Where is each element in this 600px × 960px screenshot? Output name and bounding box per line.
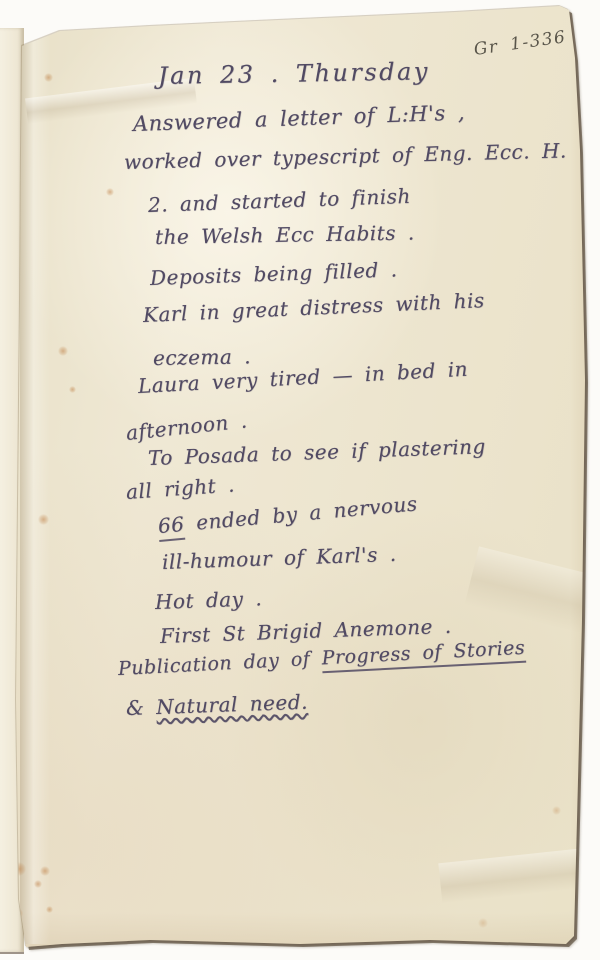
foxing-spot: [46, 906, 53, 913]
foxing-spot: [3, 564, 12, 573]
foxing-spot: [38, 514, 49, 525]
diary-line: 2. and started to finish: [148, 184, 412, 217]
foxing-spot: [12, 862, 26, 876]
foxing-spot: [40, 866, 50, 876]
foxing-spot: [552, 806, 561, 815]
foxing-spot: [44, 73, 53, 82]
gutter-crease: [20, 32, 50, 944]
date-heading: Jan 23 . Thursday: [158, 57, 430, 90]
underlined-number: 66: [157, 512, 186, 542]
diary-line: ill-humour of Karl's .: [162, 542, 397, 574]
underlined-book-title: Natural need.: [156, 690, 309, 719]
diary-line: Hot day .: [155, 586, 263, 614]
foxing-spot: [69, 386, 76, 393]
diary-line: Answered a letter of L:H's ,: [133, 100, 466, 136]
foxing-spot: [58, 346, 68, 356]
underlined-book-title: Progress of Stories: [321, 637, 526, 674]
diary-line: worked over typescript of Eng. Ecc. H.: [124, 138, 567, 174]
diary-line: the Welsh Ecc Habits .: [155, 220, 415, 249]
diary-line: To Posada to see if plastering: [148, 434, 487, 470]
diary-line: afternoon .: [125, 408, 249, 445]
diary-line: eczema .: [153, 344, 251, 370]
foxing-spot: [12, 908, 23, 919]
diary-line: & Natural need.: [126, 690, 309, 720]
scanned-diary-photo: Gr 1-336 Jan 23 . Thursday Answered a le…: [0, 0, 600, 960]
diary-line: Deposits being filled .: [150, 257, 398, 290]
bottom-right-crease: [438, 849, 581, 903]
catalog-number: Gr 1-336: [473, 27, 568, 60]
foxing-spot: [106, 188, 114, 196]
foxing-spot: [478, 918, 488, 928]
diary-page-wrapper: Gr 1-336 Jan 23 . Thursday Answered a le…: [0, 0, 600, 960]
diary-line: all right .: [125, 472, 235, 504]
mid-right-crease: [465, 546, 596, 633]
diary-line-text: ended by a nervous: [195, 491, 418, 534]
diary-line: Karl in great distress with his: [142, 288, 485, 327]
foxing-spot: [34, 880, 42, 888]
diary-line-text: &: [126, 695, 145, 720]
diary-page: Gr 1-336 Jan 23 . Thursday Answered a le…: [0, 0, 600, 960]
diary-line-text: Publication day of: [117, 648, 310, 680]
